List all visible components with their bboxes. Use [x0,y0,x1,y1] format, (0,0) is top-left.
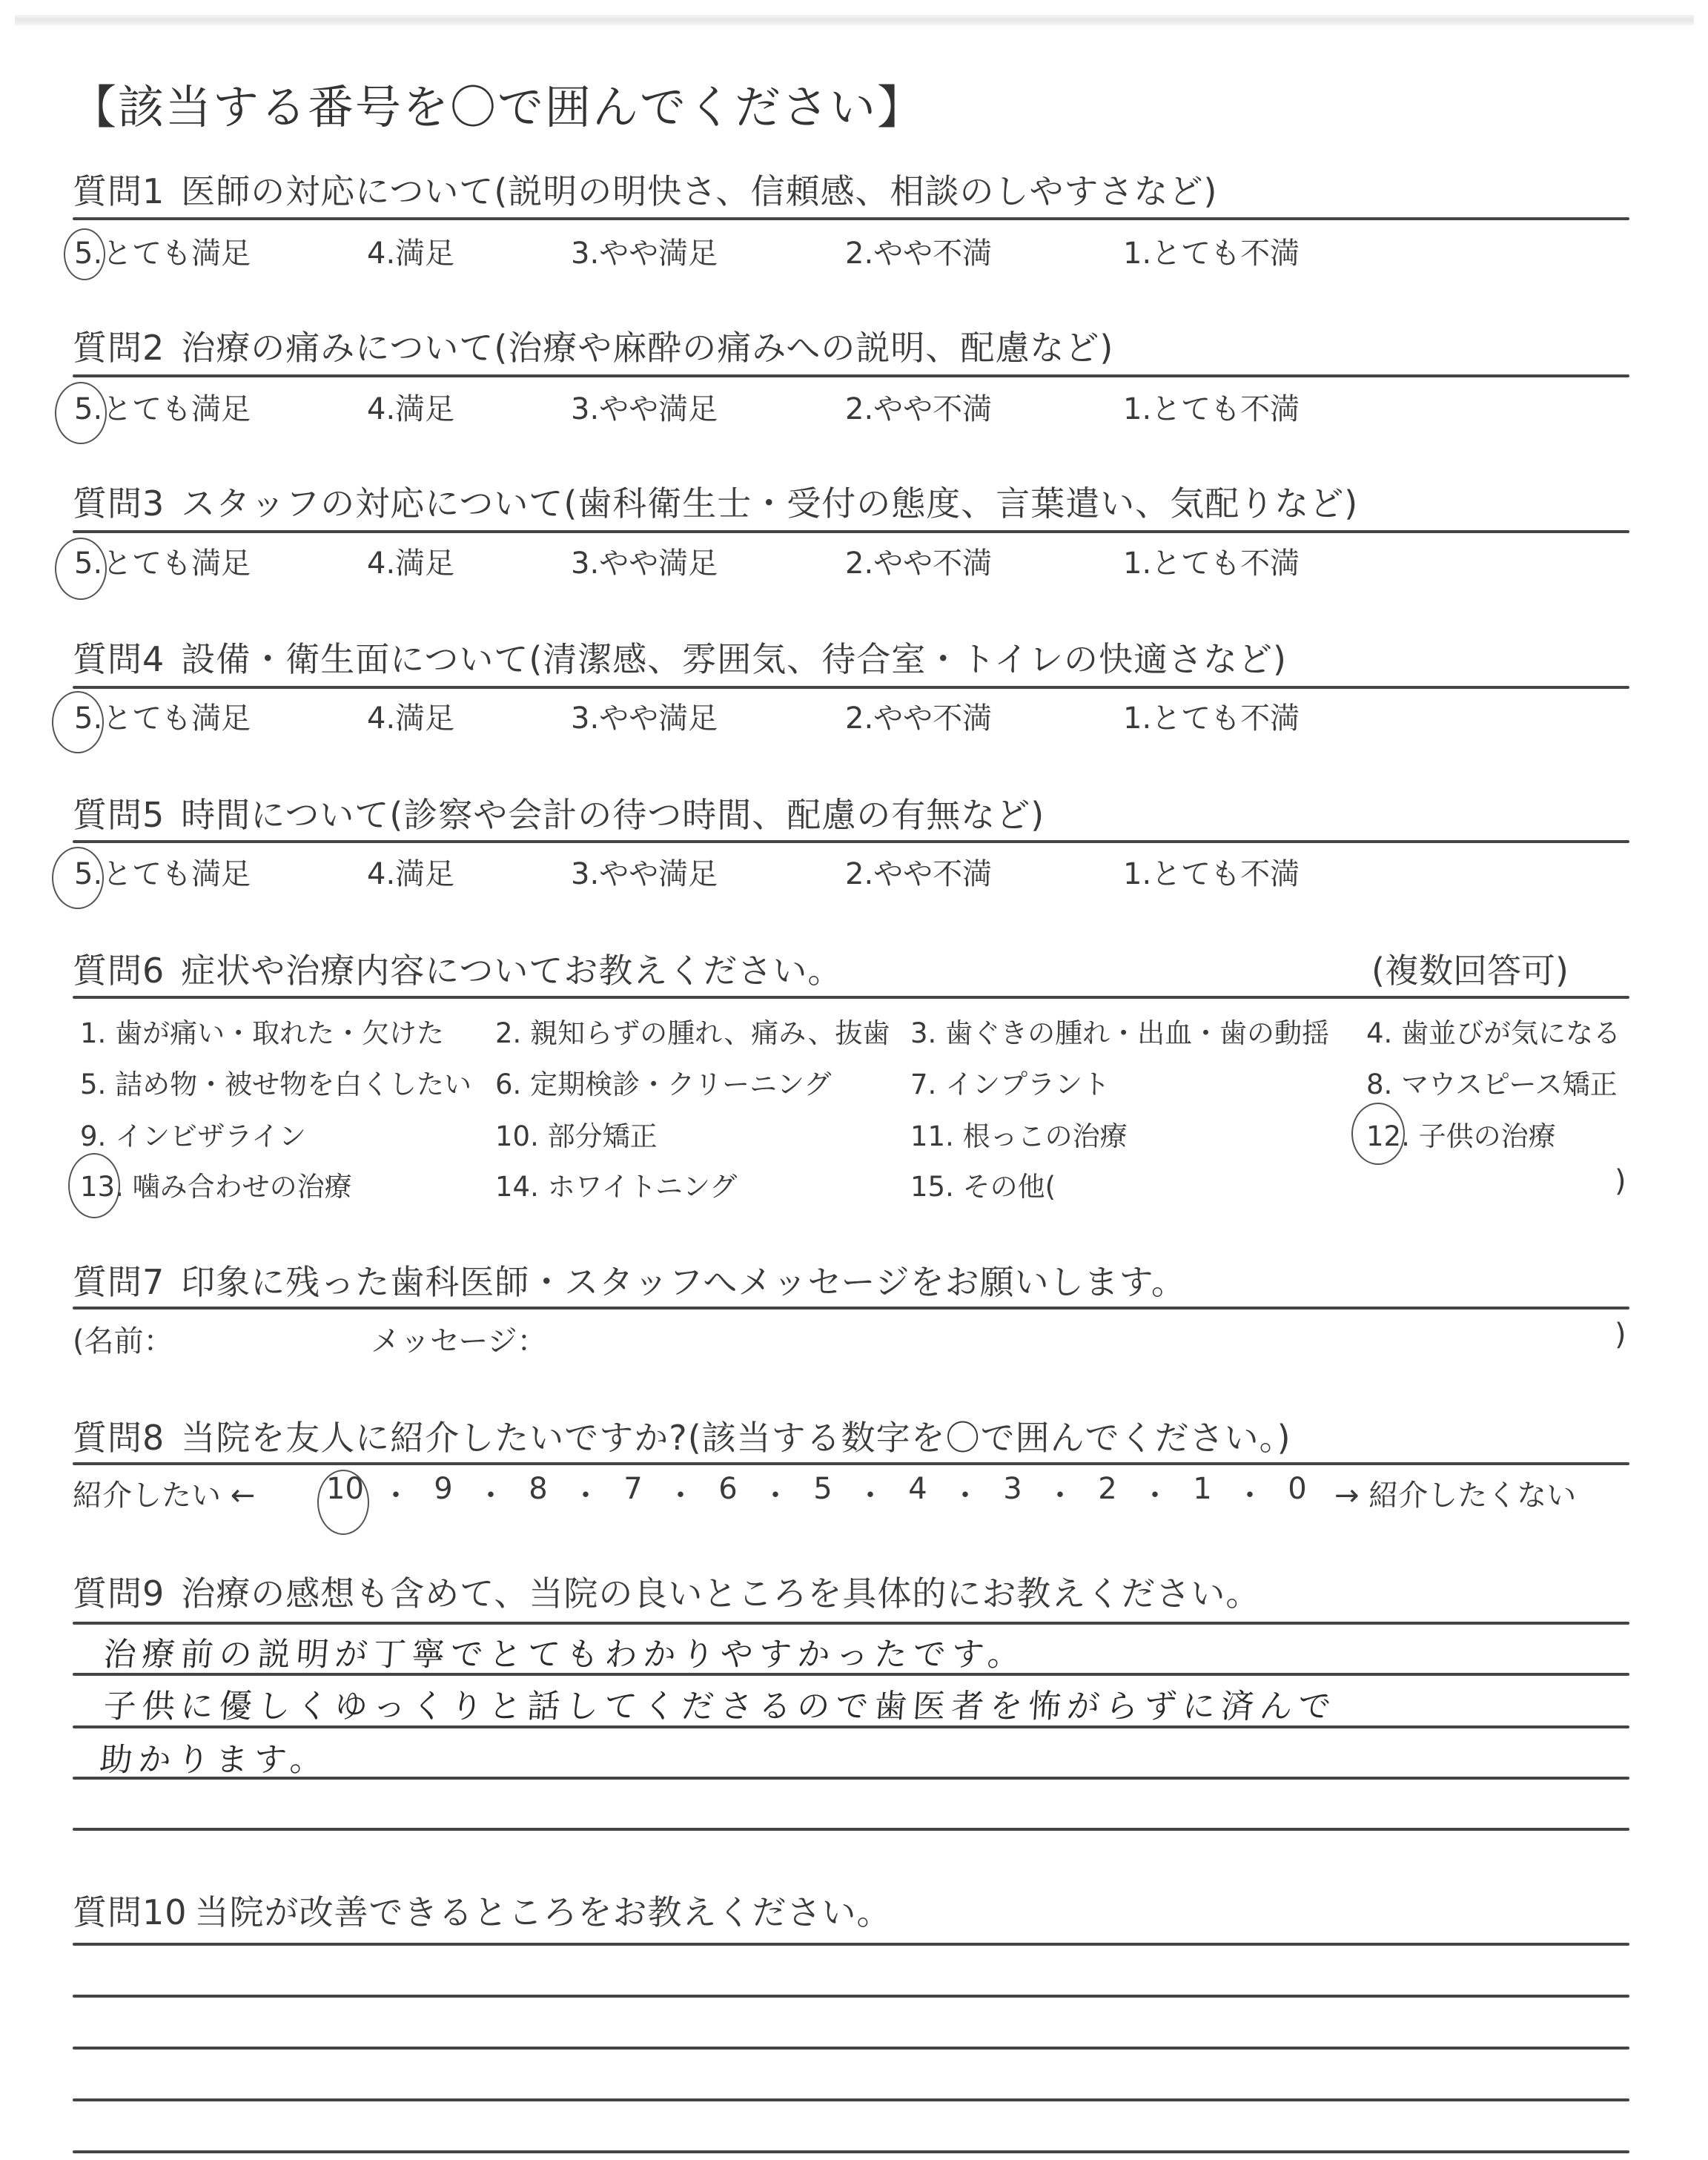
rating-option-1[interactable]: 1.とても不満 [1123,695,1300,737]
rating-option-4[interactable]: 4.満足 [367,695,454,737]
rating-option-2[interactable]: 2.やや不満 [845,851,992,893]
multiple-answer-note: (複数回答可) [1371,944,1569,993]
rating-option-2[interactable]: 2.やや不満 [845,540,992,582]
handwritten-answer-line-2[interactable]: 子供に優しくゆっくりと話してくださるので歯医者を怖がらずに済んで [102,1680,1339,1727]
answer-line [73,1828,1629,1831]
scan-edge [15,15,1694,25]
answer-line [73,2098,1629,2101]
divider [73,1307,1629,1309]
question-number: 質問6 [73,951,165,991]
rating-option-1[interactable]: 1.とても不満 [1123,851,1300,893]
answer-line [73,2047,1629,2050]
question-text: 症状や治療内容についてお教えください。 [181,951,842,991]
scale-4[interactable]: 4 [896,1472,940,1514]
treatment-option-8[interactable]: 8. マウスピース矯正 [1366,1062,1618,1102]
scale-1[interactable]: 1 [1180,1472,1225,1514]
divider [73,217,1629,220]
scale-3[interactable]: 3 [990,1472,1035,1514]
question-text: 設備・衛生面について(清潔感、雰囲気、待合室・トイレの快適さなど) [181,639,1287,679]
rating-option-3[interactable]: 3.やや満足 [571,386,718,428]
scale-9[interactable]: 9 [421,1472,466,1514]
name-label: (名前： [73,1318,173,1360]
question-number: 質問7 [73,1262,165,1302]
divider [73,996,1629,999]
scale-5[interactable]: 5 [801,1472,845,1514]
recommend-scale: 10・ 9・ 8・ 7・ 6・ 5・ 4・ 3・ 2・ 1・ 0 [326,1472,1320,1514]
treatment-option-4[interactable]: 4. 歯並びが気になる [1366,1011,1621,1051]
rating-option-5[interactable]: 5.とても満足 [74,851,251,893]
rating-option-4[interactable]: 4.満足 [367,851,454,893]
rating-option-5[interactable]: 5.とても満足 [74,540,251,582]
question-5-heading: 質問5時間について(診察や会計の待つ時間、配慮の有無など) [73,788,1045,837]
divider [73,1462,1629,1465]
treatment-option-14[interactable]: 14. ホワイトニング [495,1164,737,1204]
question-3-heading: 質問3スタッフの対応について(歯科衛生士・受付の態度、言葉遣い、気配りなど) [73,477,1358,526]
rating-option-1[interactable]: 1.とても不満 [1123,386,1300,428]
rating-option-4[interactable]: 4.満足 [367,386,454,428]
treatment-option-6[interactable]: 6. 定期検診・クリーニング [495,1062,831,1102]
rating-option-3[interactable]: 3.やや満足 [571,851,718,893]
page-title: 【該当する番号を〇で囲んでください】 [70,70,924,136]
question-6-heading: 質問6症状や治療内容についてお教えください。 [73,944,842,993]
answer-line [73,2150,1629,2153]
divider [73,840,1629,843]
question-text: 印象に残った歯科医師・スタッフへメッセージをお願いします。 [181,1262,1186,1302]
question-text: 当院を友人に紹介したいですか?(該当する数字を〇で囲んでください。) [181,1418,1291,1458]
treatment-option-10[interactable]: 10. 部分矯正 [495,1114,658,1154]
question-text: 治療の痛みについて(治療や麻酔の痛みへの説明、配慮など) [181,328,1113,368]
question-text: 当院が改善できるところをお教えください。 [195,1892,892,1932]
question-1-heading: 質問1医師の対応について(説明の明快さ、信頼感、相談のしやすさなど) [73,165,1217,214]
question-text: スタッフの対応について(歯科衛生士・受付の態度、言葉遣い、気配りなど) [181,483,1358,524]
treatment-option-2[interactable]: 2. 親知らずの腫れ、痛み、抜歯 [495,1011,890,1051]
name-field[interactable] [185,1318,356,1353]
divider [73,686,1629,689]
question-text: 医師の対応について(説明の明快さ、信頼感、相談のしやすさなど) [181,171,1217,211]
close-paren: ) [1615,1318,1626,1352]
question-8-heading: 質問8当院を友人に紹介したいですか?(該当する数字を〇で囲んでください。) [73,1411,1291,1460]
message-label: メッセージ： [371,1318,547,1360]
question-4-heading: 質問4設備・衛生面について(清潔感、雰囲気、待合室・トイレの快適さなど) [73,633,1287,681]
treatment-option-3[interactable]: 3. 歯ぐきの腫れ・出血・歯の動揺 [910,1011,1329,1051]
question-number: 質問4 [73,639,165,679]
rating-option-1[interactable]: 1.とても不満 [1123,540,1300,582]
rating-option-5[interactable]: 5.とても満足 [74,695,251,737]
question-number: 質問10 [73,1892,188,1932]
question-number: 質問2 [73,328,165,368]
handwritten-answer-line-1[interactable]: 治療前の説明が丁寧でとてもわかりやすかったです。 [102,1628,1028,1675]
rating-option-2[interactable]: 2.やや不満 [845,695,992,737]
recommend-right-label: → 紹介したくない [1334,1472,1576,1514]
question-number: 質問1 [73,171,165,211]
question-number: 質問8 [73,1418,165,1458]
treatment-option-9[interactable]: 9. インビザライン [80,1114,306,1154]
rating-option-5[interactable]: 5.とても満足 [74,386,251,428]
answer-line [73,1725,1629,1728]
question-2-heading: 質問2治療の痛みについて(治療や麻酔の痛みへの説明、配慮など) [73,321,1113,370]
answer-line [73,1777,1629,1780]
question-9-heading: 質問9治療の感想も含めて、当院の良いところを具体的にお教えください。 [73,1567,1260,1616]
treatment-option-12[interactable]: 12. 子供の治療 [1366,1114,1556,1154]
question-7-heading: 質問7印象に残った歯科医師・スタッフへメッセージをお願いします。 [73,1255,1186,1304]
rating-option-3[interactable]: 3.やや満足 [571,695,718,737]
rating-option-1[interactable]: 1.とても不満 [1123,230,1300,272]
handwritten-answer-line-3[interactable]: 助かります。 [99,1733,331,1780]
answer-line [73,1995,1629,1998]
question-text: 時間について(診察や会計の待つ時間、配慮の有無など) [181,795,1045,835]
treatment-option-11[interactable]: 11. 根っこの治療 [910,1114,1128,1154]
recommend-left-label: 紹介したい ← [73,1472,255,1514]
treatment-option-7[interactable]: 7. インプラント [910,1062,1110,1102]
treatment-option-1[interactable]: 1. 歯が痛い・取れた・欠けた [80,1011,444,1051]
scale-8[interactable]: 8 [516,1472,560,1514]
rating-option-2[interactable]: 2.やや不満 [845,230,992,272]
question-text: 治療の感想も含めて、当院の良いところを具体的にお教えください。 [181,1573,1260,1614]
answer-line [73,1673,1629,1676]
treatment-option-13[interactable]: 13. 噛み合わせの治療 [80,1164,352,1204]
scale-2[interactable]: 2 [1085,1472,1130,1514]
other-close-paren: ) [1615,1164,1626,1198]
rating-option-4[interactable]: 4.満足 [367,230,454,272]
message-field[interactable] [563,1318,1586,1353]
rating-option-3[interactable]: 3.やや満足 [571,230,718,272]
rating-option-5[interactable]: 5.とても満足 [74,230,251,272]
scale-0[interactable]: 0 [1275,1472,1320,1514]
scale-7[interactable]: 7 [611,1472,655,1514]
answer-line [73,1943,1629,1946]
divider [73,530,1629,533]
treatment-option-5[interactable]: 5. 詰め物・被せ物を白くしたい [80,1062,471,1102]
question-10-heading: 質問10当院が改善できるところをお教えください。 [73,1886,892,1935]
question-number: 質問3 [73,483,165,524]
scale-6[interactable]: 6 [706,1472,750,1514]
answer-line [73,1622,1629,1625]
divider [73,374,1629,377]
question-number: 質問5 [73,795,165,835]
rating-option-4[interactable]: 4.満足 [367,540,454,582]
treatment-option-15[interactable]: 15. その他( [910,1164,1056,1204]
rating-option-2[interactable]: 2.やや不満 [845,386,992,428]
question-number: 質問9 [73,1573,165,1614]
rating-option-3[interactable]: 3.やや満足 [571,540,718,582]
scale-10[interactable]: 10 [326,1472,371,1514]
